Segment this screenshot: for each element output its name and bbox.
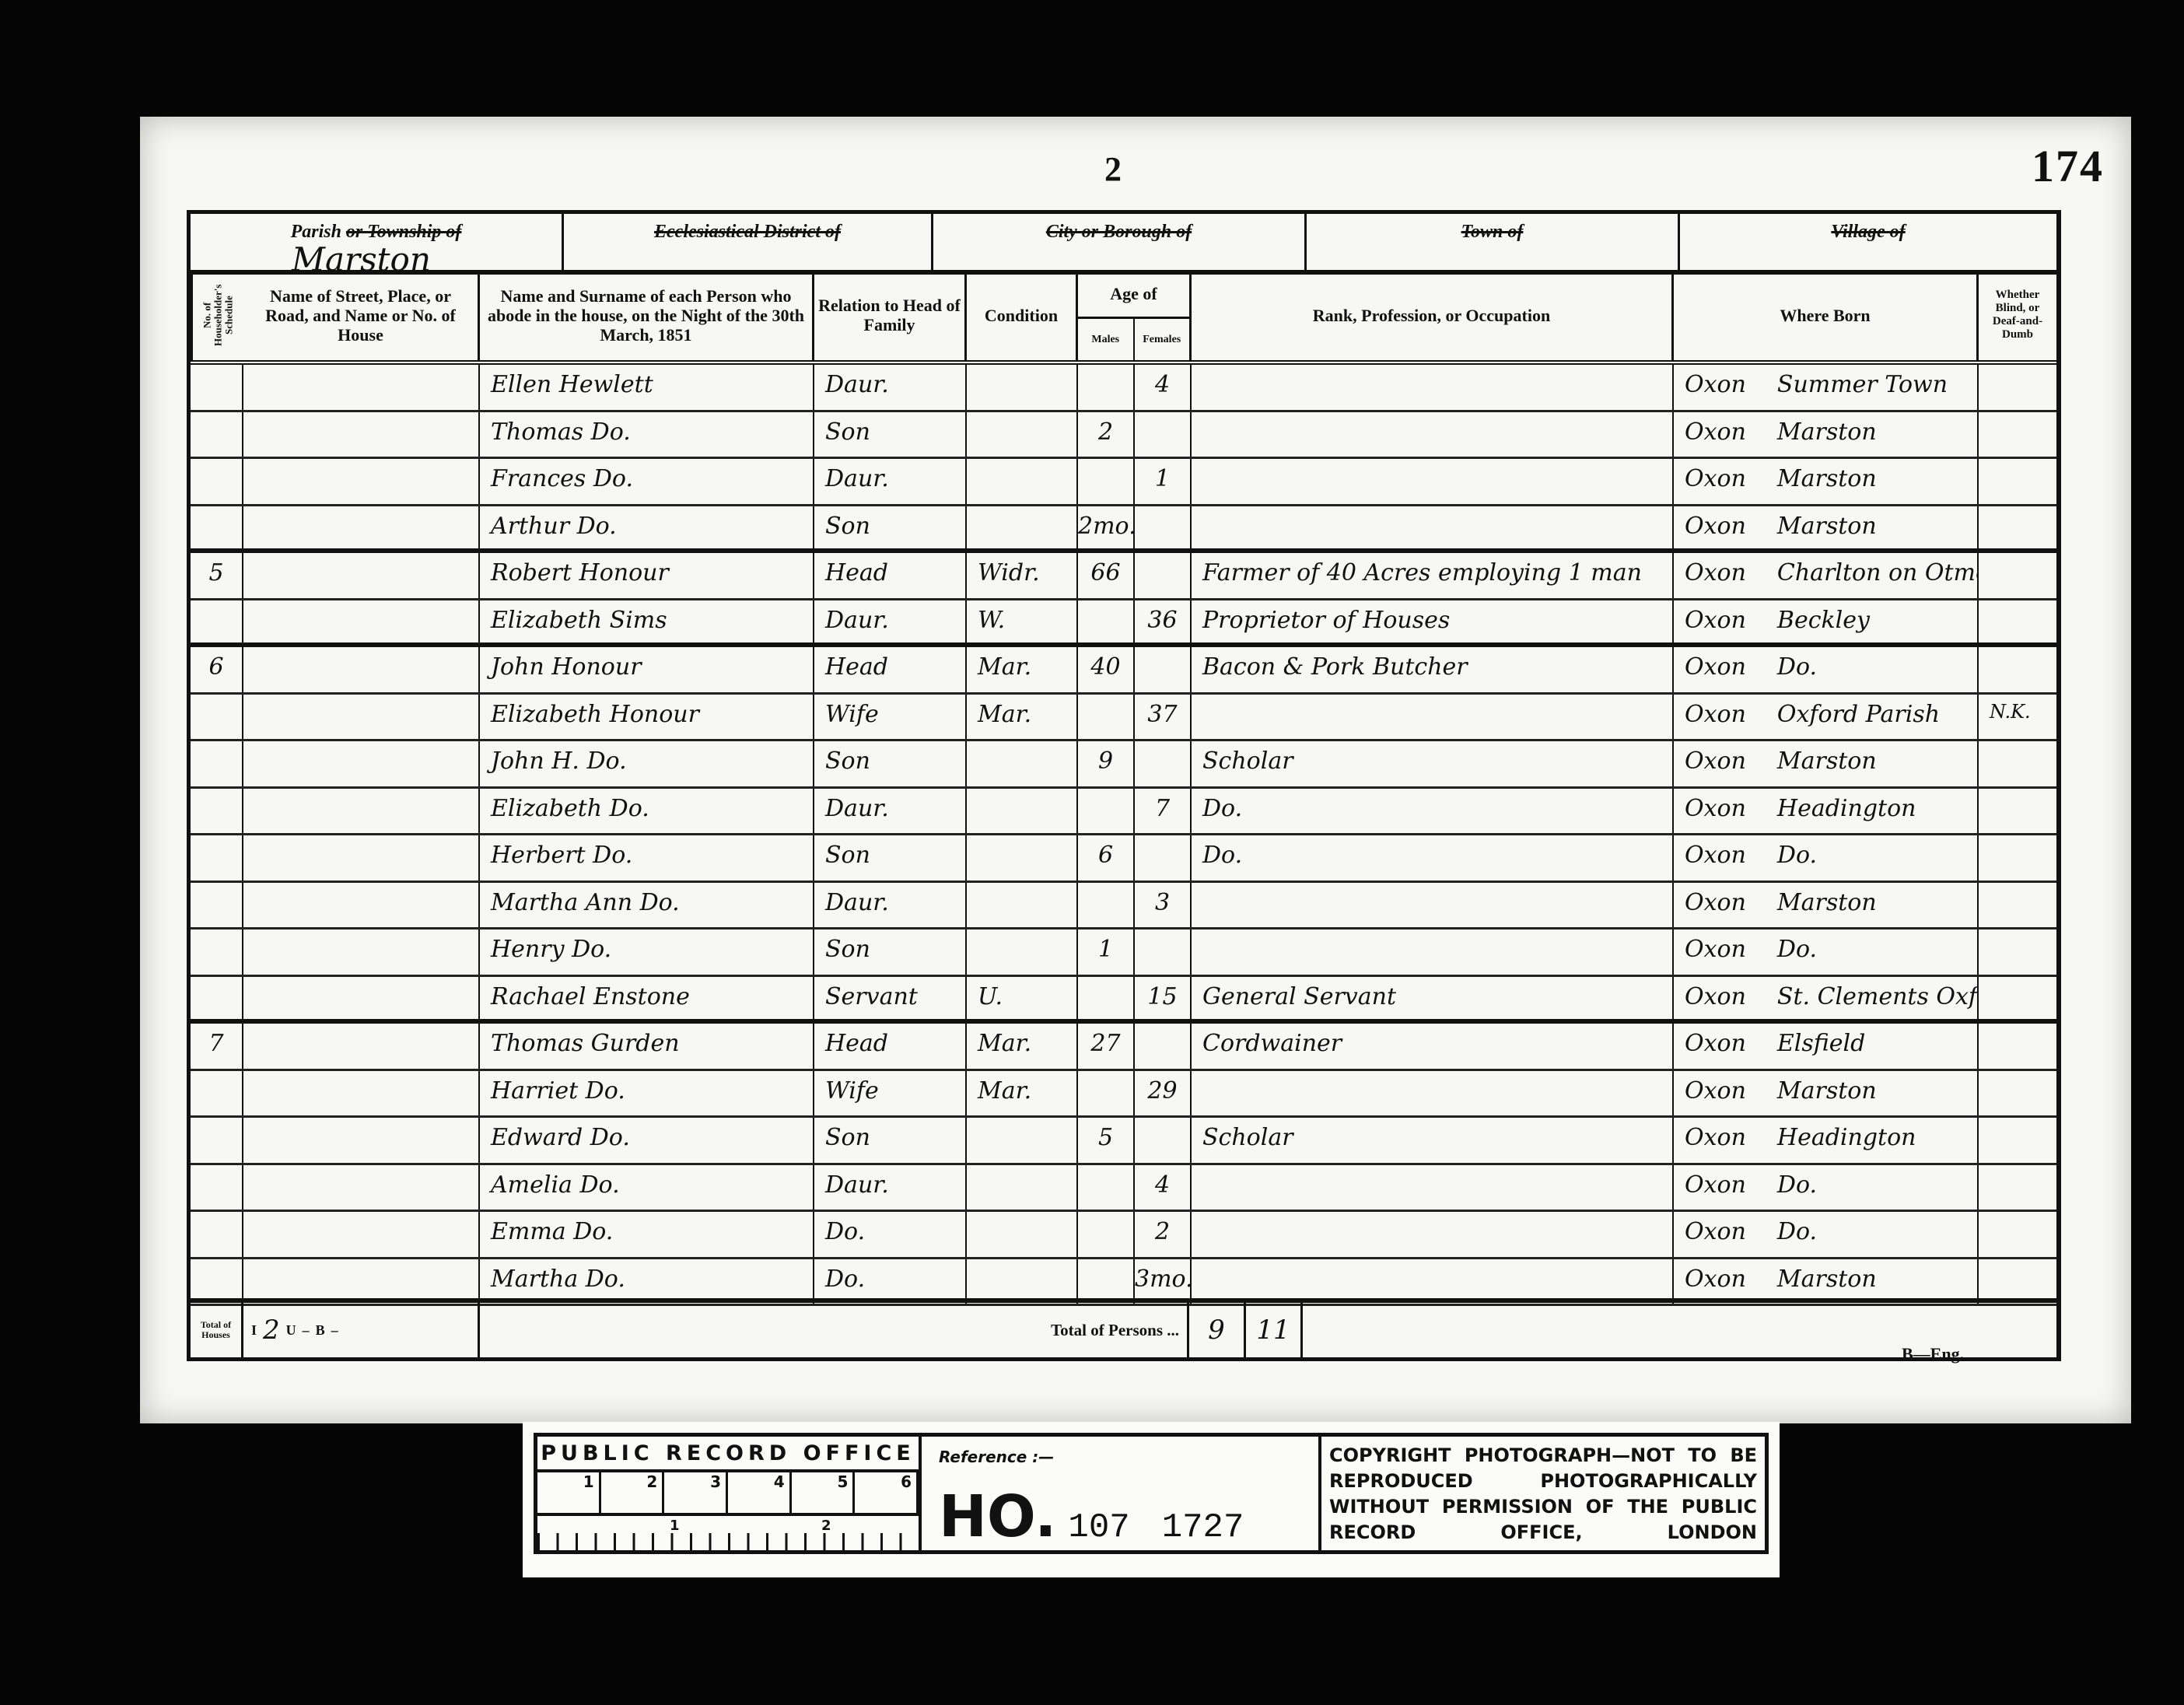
- cell-schedule: [191, 789, 243, 834]
- cell-blind: [1979, 647, 2056, 692]
- cell-condition: Mar.: [967, 1024, 1078, 1069]
- cell-street: [243, 695, 480, 740]
- cell-born: OxonMarston: [1674, 506, 1979, 549]
- cell-condition: W.: [967, 600, 1078, 643]
- cell-male: [1078, 789, 1135, 834]
- cell-condition: [967, 930, 1078, 975]
- table-row: Amelia Do.Daur.4OxonDo.: [191, 1165, 2056, 1213]
- cell-occupation: Bacon & Pork Butcher: [1192, 647, 1674, 692]
- cell-male: [1078, 977, 1135, 1020]
- cell-occupation: Do.: [1192, 789, 1674, 834]
- cell-schedule: 7: [191, 1024, 243, 1069]
- cell-born: OxonBeckley: [1674, 600, 1979, 643]
- cell-born: OxonMarston: [1674, 1071, 1979, 1116]
- pro-stamp: PUBLIC RECORD OFFICE 123456 1 2 Referenc…: [523, 1422, 1780, 1577]
- cell-relation: Head: [814, 1024, 967, 1069]
- cell-name: Thomas Gurden: [480, 1024, 814, 1069]
- city-borough-cell: City or Borough of: [933, 214, 1307, 270]
- township-label-struck: or Township of: [346, 222, 462, 242]
- cell-relation: Son: [814, 741, 967, 786]
- cell-relation: Daur.: [814, 883, 967, 928]
- col-condition: Condition: [967, 270, 1078, 360]
- cell-blind: [1979, 835, 2056, 881]
- table-row: Frances Do.Daur.1OxonMarston: [191, 459, 2056, 506]
- cell-schedule: [191, 459, 243, 504]
- cell-relation: Daur.: [814, 789, 967, 834]
- cell-name: Harriet Do.: [480, 1071, 814, 1116]
- town-label: Town of: [1307, 222, 1678, 243]
- cell-street: [243, 506, 480, 549]
- cell-street: [243, 553, 480, 598]
- cell-born: OxonDo.: [1674, 1212, 1979, 1257]
- cell-male: [1078, 1212, 1135, 1257]
- cell-schedule: [191, 835, 243, 881]
- cell-occupation: Scholar: [1192, 1118, 1674, 1163]
- table-row: Ellen HewlettDaur.4OxonSummer Town: [191, 365, 2056, 412]
- cell-schedule: [191, 506, 243, 549]
- cell-relation: Head: [814, 647, 967, 692]
- cell-occupation: [1192, 412, 1674, 457]
- inhabited-count: 2: [263, 1315, 280, 1346]
- cell-name: Arthur Do.: [480, 506, 814, 549]
- parish-label: Parish: [291, 222, 341, 242]
- cell-name: Herbert Do.: [480, 835, 814, 881]
- cell-male: 2mo.: [1078, 506, 1135, 549]
- cell-born: OxonHeadington: [1674, 789, 1979, 834]
- cell-relation: Do.: [814, 1212, 967, 1257]
- cell-male: 1: [1078, 930, 1135, 975]
- cell-condition: [967, 1212, 1078, 1257]
- table-row: Thomas Do.Son2OxonMarston: [191, 412, 2056, 460]
- cell-condition: U.: [967, 977, 1078, 1020]
- cell-female: 4: [1135, 1165, 1192, 1210]
- cell-condition: Mar.: [967, 647, 1078, 692]
- cell-female: 3mo.: [1135, 1259, 1192, 1304]
- ruler-block: PUBLIC RECORD OFFICE 123456 1 2: [537, 1437, 922, 1550]
- cell-female: 37: [1135, 695, 1192, 740]
- cell-female: [1135, 1118, 1192, 1163]
- cell-occupation: Proprietor of Houses: [1192, 600, 1674, 643]
- ecclesiastical-district-label: Ecclesiastical District of: [564, 222, 931, 243]
- cell-schedule: [191, 883, 243, 928]
- cell-relation: Son: [814, 412, 967, 457]
- cell-relation: Servant: [814, 977, 967, 1020]
- cell-male: [1078, 695, 1135, 740]
- table-row: Rachael EnstoneServantU.15General Servan…: [191, 977, 2056, 1024]
- cell-male: 27: [1078, 1024, 1135, 1069]
- total-houses-label: Total of Houses: [191, 1303, 243, 1357]
- cell-schedule: [191, 1259, 243, 1304]
- cell-name: Frances Do.: [480, 459, 814, 504]
- ruler-mark: 6: [855, 1472, 919, 1513]
- uninhabited-prefix: U: [286, 1322, 296, 1339]
- cell-name: Martha Ann Do.: [480, 883, 814, 928]
- cell-relation: Son: [814, 506, 967, 549]
- table-row: Edward Do.Son5ScholarOxonHeadington: [191, 1118, 2056, 1165]
- cell-female: [1135, 741, 1192, 786]
- cell-blind: [1979, 365, 2056, 410]
- cell-occupation: [1192, 883, 1674, 928]
- cell-condition: Mar.: [967, 1071, 1078, 1116]
- col-age: Age of Males Females: [1078, 270, 1192, 360]
- cell-street: [243, 1259, 480, 1304]
- cell-blind: [1979, 412, 2056, 457]
- cell-male: 6: [1078, 835, 1135, 881]
- cell-street: [243, 1118, 480, 1163]
- cell-male: 5: [1078, 1118, 1135, 1163]
- col-relation: Relation to Head of Family: [814, 270, 967, 360]
- ecclesiastical-district-cell: Ecclesiastical District of: [564, 214, 933, 270]
- cell-street: [243, 789, 480, 834]
- cell-blind: [1979, 1259, 2056, 1304]
- cell-street: [243, 1024, 480, 1069]
- cell-blind: [1979, 930, 2056, 975]
- form-code: B—Eng.: [1902, 1344, 1964, 1364]
- cell-female: [1135, 930, 1192, 975]
- cell-male: [1078, 365, 1135, 410]
- cell-female: 36: [1135, 600, 1192, 643]
- cell-name: Thomas Do.: [480, 412, 814, 457]
- cell-relation: Son: [814, 1118, 967, 1163]
- cell-occupation: [1192, 1071, 1674, 1116]
- cell-born: OxonDo.: [1674, 835, 1979, 881]
- reference-block: Reference :— HO. 107 1727: [922, 1437, 1321, 1550]
- table-row: Emma Do.Do.2OxonDo.: [191, 1212, 2056, 1259]
- cell-schedule: [191, 741, 243, 786]
- cell-name: Elizabeth Honour: [480, 695, 814, 740]
- cell-occupation: [1192, 506, 1674, 549]
- cell-schedule: [191, 930, 243, 975]
- city-borough-label: City or Borough of: [933, 222, 1304, 243]
- cell-street: [243, 365, 480, 410]
- cell-schedule: 5: [191, 553, 243, 598]
- cell-born: OxonMarston: [1674, 412, 1979, 457]
- table-row: Martha Ann Do.Daur.3OxonMarston: [191, 883, 2056, 930]
- cell-male: 66: [1078, 553, 1135, 598]
- cell-street: [243, 977, 480, 1020]
- cell-born: OxonElsfield: [1674, 1024, 1979, 1069]
- cell-name: Henry Do.: [480, 930, 814, 975]
- cell-name: Elizabeth Do.: [480, 789, 814, 834]
- cell-born: OxonMarston: [1674, 741, 1979, 786]
- column-headers: No. of Householder's Schedule Name of St…: [191, 270, 2056, 365]
- cell-street: [243, 1071, 480, 1116]
- cell-name: Amelia Do.: [480, 1165, 814, 1210]
- ruler-cm: 1 2: [537, 1516, 919, 1550]
- ruler-mark: 1: [537, 1472, 601, 1513]
- cell-blind: [1979, 506, 2056, 549]
- copyright-notice: COPYRIGHT PHOTOGRAPH—NOT TO BE REPRODUCE…: [1321, 1437, 1765, 1550]
- cell-condition: [967, 883, 1078, 928]
- table-row: Harriet Do.WifeMar.29OxonMarston: [191, 1071, 2056, 1119]
- cell-blind: [1979, 553, 2056, 598]
- reference-label: Reference :—: [939, 1448, 1054, 1466]
- cell-occupation: [1192, 1165, 1674, 1210]
- cell-male: [1078, 459, 1135, 504]
- cell-condition: [967, 1118, 1078, 1163]
- cell-born: OxonSt. Clements Oxford: [1674, 977, 1979, 1020]
- cell-blind: [1979, 600, 2056, 643]
- cell-schedule: [191, 695, 243, 740]
- cell-street: [243, 741, 480, 786]
- cell-female: [1135, 647, 1192, 692]
- cell-street: [243, 1212, 480, 1257]
- inhabited-prefix: I: [251, 1322, 257, 1339]
- cell-female: [1135, 506, 1192, 549]
- cell-relation: Wife: [814, 695, 967, 740]
- table-row: 6John HonourHeadMar.40Bacon & Pork Butch…: [191, 647, 2056, 695]
- cell-occupation: [1192, 1212, 1674, 1257]
- table-row: Herbert Do.Son6Do.OxonDo.: [191, 835, 2056, 883]
- cell-born: OxonMarston: [1674, 459, 1979, 504]
- cell-male: [1078, 600, 1135, 643]
- cell-blind: [1979, 741, 2056, 786]
- table-row: Elizabeth Do.Daur.7Do.OxonHeadington: [191, 789, 2056, 836]
- cell-street: [243, 600, 480, 643]
- cell-name: Ellen Hewlett: [480, 365, 814, 410]
- page-number: 2: [1104, 149, 1122, 189]
- place-header: Parish or Township of Marston Ecclesiast…: [191, 214, 2056, 275]
- table-row: 5Robert HonourHeadWidr.66Farmer of 40 Ac…: [191, 553, 2056, 600]
- folio-number: 174: [2032, 140, 2104, 192]
- cell-relation: Daur.: [814, 600, 967, 643]
- cell-female: [1135, 835, 1192, 881]
- cell-born: OxonHeadington: [1674, 1118, 1979, 1163]
- cell-schedule: [191, 600, 243, 643]
- cell-born: OxonMarston: [1674, 883, 1979, 928]
- cell-relation: Son: [814, 930, 967, 975]
- cell-condition: [967, 789, 1078, 834]
- cell-blind: [1979, 1024, 2056, 1069]
- cell-occupation: [1192, 459, 1674, 504]
- cell-born: OxonCharlton on Otmoor: [1674, 553, 1979, 598]
- cell-condition: [967, 1165, 1078, 1210]
- cell-occupation: Farmer of 40 Acres employing 1 man: [1192, 553, 1674, 598]
- cell-male: [1078, 883, 1135, 928]
- cell-occupation: [1192, 930, 1674, 975]
- col-schedule: No. of Householder's Schedule: [191, 270, 243, 360]
- cell-female: 4: [1135, 365, 1192, 410]
- cell-street: [243, 930, 480, 975]
- cell-name: Robert Honour: [480, 553, 814, 598]
- cell-name: Martha Do.: [480, 1259, 814, 1304]
- cell-schedule: [191, 977, 243, 1020]
- cell-condition: [967, 1259, 1078, 1304]
- village-label: Village of: [1680, 222, 2056, 243]
- cell-female: [1135, 553, 1192, 598]
- cell-condition: [967, 459, 1078, 504]
- cell-relation: Daur.: [814, 365, 967, 410]
- total-males: 9: [1189, 1303, 1246, 1357]
- cell-born: OxonMarston: [1674, 1259, 1979, 1304]
- cell-occupation: Do.: [1192, 835, 1674, 881]
- total-houses-values: I 2 U – B –: [243, 1303, 480, 1357]
- uninhabited-count: –: [303, 1322, 310, 1339]
- cell-female: 29: [1135, 1071, 1192, 1116]
- cell-male: 9: [1078, 741, 1135, 786]
- cell-relation: Daur.: [814, 1165, 967, 1210]
- cell-male: [1078, 1165, 1135, 1210]
- cell-street: [243, 459, 480, 504]
- cell-condition: Widr.: [967, 553, 1078, 598]
- cell-blind: [1979, 1071, 2056, 1116]
- table-row: Elizabeth HonourWifeMar.37OxonOxford Par…: [191, 695, 2056, 742]
- cell-male: [1078, 1259, 1135, 1304]
- cell-street: [243, 647, 480, 692]
- col-where-born: Where Born: [1674, 270, 1979, 360]
- col-street: Name of Street, Place, or Road, and Name…: [243, 270, 480, 360]
- cell-female: 1: [1135, 459, 1192, 504]
- cell-condition: [967, 506, 1078, 549]
- cell-born: OxonDo.: [1674, 647, 1979, 692]
- table-row: Arthur Do.Son2mo.OxonMarston: [191, 506, 2056, 554]
- cell-blind: [1979, 883, 2056, 928]
- cell-female: [1135, 412, 1192, 457]
- reference-number: HO. 107 1727: [939, 1483, 1244, 1550]
- age-males-label: Males: [1078, 319, 1135, 360]
- cell-blind: [1979, 1165, 2056, 1210]
- cell-schedule: [191, 1165, 243, 1210]
- col-occupation: Rank, Profession, or Occupation: [1192, 270, 1674, 360]
- age-label: Age of: [1078, 270, 1189, 319]
- ruler-mark: 4: [728, 1472, 792, 1513]
- cell-occupation: [1192, 365, 1674, 410]
- cell-blind: [1979, 977, 2056, 1020]
- cell-condition: [967, 412, 1078, 457]
- cell-occupation: General Servant: [1192, 977, 1674, 1020]
- cell-relation: Son: [814, 835, 967, 881]
- cell-condition: [967, 741, 1078, 786]
- cell-born: OxonDo.: [1674, 1165, 1979, 1210]
- cell-occupation: [1192, 1259, 1674, 1304]
- cell-occupation: Scholar: [1192, 741, 1674, 786]
- cell-blind: [1979, 1212, 2056, 1257]
- village-cell: Village of: [1680, 214, 2056, 270]
- cell-street: [243, 835, 480, 881]
- cell-street: [243, 412, 480, 457]
- office-title: PUBLIC RECORD OFFICE: [537, 1437, 919, 1472]
- cell-schedule: [191, 1071, 243, 1116]
- cell-name: Emma Do.: [480, 1212, 814, 1257]
- cell-condition: [967, 835, 1078, 881]
- age-females-label: Females: [1135, 319, 1190, 360]
- cell-occupation: [1192, 695, 1674, 740]
- table-row: John H. Do.Son9ScholarOxonMarston: [191, 741, 2056, 789]
- cell-schedule: [191, 1212, 243, 1257]
- cell-male: 2: [1078, 412, 1135, 457]
- cell-blind: [1979, 459, 2056, 504]
- cell-male: 40: [1078, 647, 1135, 692]
- cell-street: [243, 883, 480, 928]
- cell-blind: [1979, 789, 2056, 834]
- cell-relation: Daur.: [814, 459, 967, 504]
- cell-name: Rachael Enstone: [480, 977, 814, 1020]
- cell-schedule: [191, 365, 243, 410]
- total-females: 11: [1246, 1303, 1303, 1357]
- cell-street: [243, 1165, 480, 1210]
- parish-cell: Parish or Township of Marston: [191, 214, 564, 270]
- cell-born: OxonOxford Parish: [1674, 695, 1979, 740]
- cell-female: 7: [1135, 789, 1192, 834]
- cell-relation: Do.: [814, 1259, 967, 1304]
- ruler-inches: 123456: [537, 1472, 919, 1516]
- cell-female: 2: [1135, 1212, 1192, 1257]
- cell-occupation: Cordwainer: [1192, 1024, 1674, 1069]
- cell-born: OxonSummer Town: [1674, 365, 1979, 410]
- cell-blind: [1979, 1118, 2056, 1163]
- cell-female: [1135, 1024, 1192, 1069]
- cell-condition: Mar.: [967, 695, 1078, 740]
- ruler-mark: 2: [601, 1472, 665, 1513]
- table-row: Elizabeth SimsDaur.W.36Proprietor of Hou…: [191, 600, 2056, 648]
- cell-born: OxonDo.: [1674, 930, 1979, 975]
- cell-relation: Wife: [814, 1071, 967, 1116]
- cell-male: [1078, 1071, 1135, 1116]
- cell-female: 3: [1135, 883, 1192, 928]
- cell-name: John H. Do.: [480, 741, 814, 786]
- census-table: Parish or Township of Marston Ecclesiast…: [187, 210, 2061, 1361]
- cell-condition: [967, 365, 1078, 410]
- col-name: Name and Surname of each Person who abod…: [480, 270, 814, 360]
- cell-name: Edward Do.: [480, 1118, 814, 1163]
- cell-name: Elizabeth Sims: [480, 600, 814, 643]
- totals-row: Total of Houses I 2 U – B – Total of Per…: [191, 1298, 2056, 1357]
- ruler-mark: 5: [792, 1472, 856, 1513]
- census-rows: Ellen HewlettDaur.4OxonSummer TownThomas…: [191, 365, 2056, 1306]
- table-row: 7Thomas GurdenHeadMar.27CordwainerOxonEl…: [191, 1024, 2056, 1071]
- cell-name: John Honour: [480, 647, 814, 692]
- building-count: –: [331, 1322, 338, 1339]
- town-cell: Town of: [1307, 214, 1680, 270]
- total-persons-label: Total of Persons ...: [480, 1303, 1189, 1357]
- table-row: Henry Do.Son1OxonDo.: [191, 930, 2056, 977]
- cell-schedule: [191, 412, 243, 457]
- cell-relation: Head: [814, 553, 967, 598]
- cell-blind: N.K.: [1979, 695, 2056, 740]
- ruler-mark: 3: [664, 1472, 728, 1513]
- cell-female: 15: [1135, 977, 1192, 1020]
- cell-schedule: 6: [191, 647, 243, 692]
- building-prefix: B: [316, 1322, 325, 1339]
- cell-schedule: [191, 1118, 243, 1163]
- col-blind-deaf: Whether Blind, or Deaf-and-Dumb: [1979, 270, 2056, 360]
